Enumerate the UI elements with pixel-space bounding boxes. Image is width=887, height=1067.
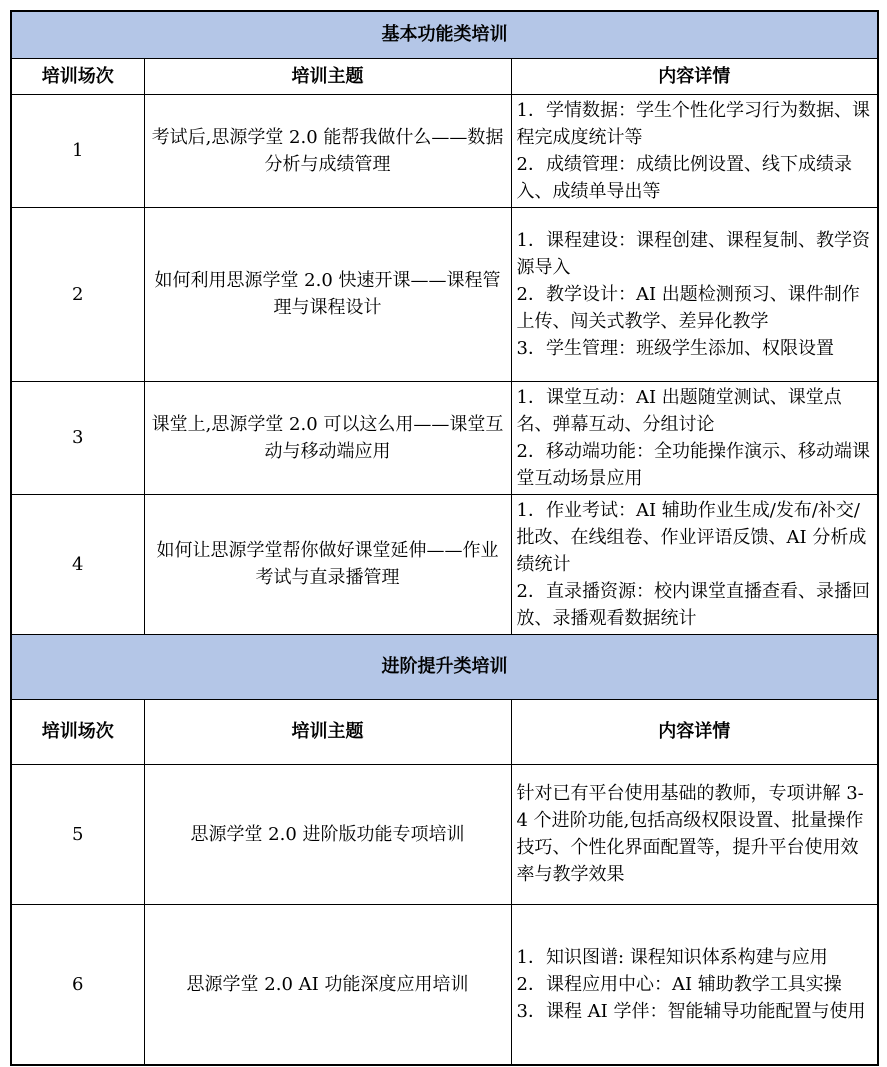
table-row: 1 考试后,思源学堂 2.0 能帮我做什么——数据分析与成绩管理 1．学情数据：…	[11, 94, 878, 207]
session-cell: 1	[11, 94, 144, 207]
column-header-topic: 培训主题	[144, 699, 511, 764]
column-header-session: 培训场次	[11, 699, 144, 764]
column-header-details: 内容详情	[511, 58, 878, 94]
column-header-row: 培训场次 培训主题 内容详情	[11, 58, 878, 94]
session-cell: 4	[11, 494, 144, 634]
topic-cell: 考试后,思源学堂 2.0 能帮我做什么——数据分析与成绩管理	[144, 94, 511, 207]
table-row: 6 思源学堂 2.0 AI 功能深度应用培训 1．知识图谱: 课程知识体系构建与…	[11, 904, 878, 1065]
topic-cell: 如何让思源学堂帮你做好课堂延伸——作业考试与直录播管理	[144, 494, 511, 634]
table-row: 5 思源学堂 2.0 进阶版功能专项培训 针对已有平台使用基础的教师，专项讲解 …	[11, 764, 878, 904]
details-cell: 1．作业考试：AI 辅助作业生成/发布/补交/批改、在线组卷、作业评语反馈、AI…	[511, 494, 878, 634]
details-cell: 1．课堂互动：AI 出题随堂测试、课堂点名、弹幕互动、分组讨论 2．移动端功能：…	[511, 381, 878, 494]
details-cell: 1．学情数据：学生个性化学习行为数据、课程完成度统计等 2．成绩管理：成绩比例设…	[511, 94, 878, 207]
column-header-details: 内容详情	[511, 699, 878, 764]
topic-cell: 课堂上,思源学堂 2.0 可以这么用——课堂互动与移动端应用	[144, 381, 511, 494]
section-title-advanced: 进阶提升类培训	[11, 634, 878, 699]
topic-cell: 思源学堂 2.0 AI 功能深度应用培训	[144, 904, 511, 1065]
section-header-row-advanced: 进阶提升类培训	[11, 634, 878, 699]
table-row: 2 如何利用思源学堂 2.0 快速开课——课程管理与课程设计 1．课程建设：课程…	[11, 207, 878, 381]
column-header-row: 培训场次 培训主题 内容详情	[11, 699, 878, 764]
section-header-row-basic: 基本功能类培训	[11, 11, 878, 58]
table-row: 4 如何让思源学堂帮你做好课堂延伸——作业考试与直录播管理 1．作业考试：AI …	[11, 494, 878, 634]
details-cell: 1．知识图谱: 课程知识体系构建与应用 2．课程应用中心：AI 辅助教学工具实操…	[511, 904, 878, 1065]
column-header-session: 培训场次	[11, 58, 144, 94]
document-page: 基本功能类培训 培训场次 培训主题 内容详情 1 考试后,思源学堂 2.0 能帮…	[0, 0, 887, 1067]
table-row: 3 课堂上,思源学堂 2.0 可以这么用——课堂互动与移动端应用 1．课堂互动：…	[11, 381, 878, 494]
session-cell: 3	[11, 381, 144, 494]
session-cell: 5	[11, 764, 144, 904]
column-header-topic: 培训主题	[144, 58, 511, 94]
topic-cell: 思源学堂 2.0 进阶版功能专项培训	[144, 764, 511, 904]
details-cell: 1．课程建设：课程创建、课程复制、教学资源导入 2．教学设计：AI 出题检测预习…	[511, 207, 878, 381]
session-cell: 6	[11, 904, 144, 1065]
topic-cell: 如何利用思源学堂 2.0 快速开课——课程管理与课程设计	[144, 207, 511, 381]
training-table: 基本功能类培训 培训场次 培训主题 内容详情 1 考试后,思源学堂 2.0 能帮…	[10, 10, 879, 1066]
details-cell: 针对已有平台使用基础的教师，专项讲解 3-4 个进阶功能,包括高级权限设置、批量…	[511, 764, 878, 904]
section-title-basic: 基本功能类培训	[11, 11, 878, 58]
session-cell: 2	[11, 207, 144, 381]
